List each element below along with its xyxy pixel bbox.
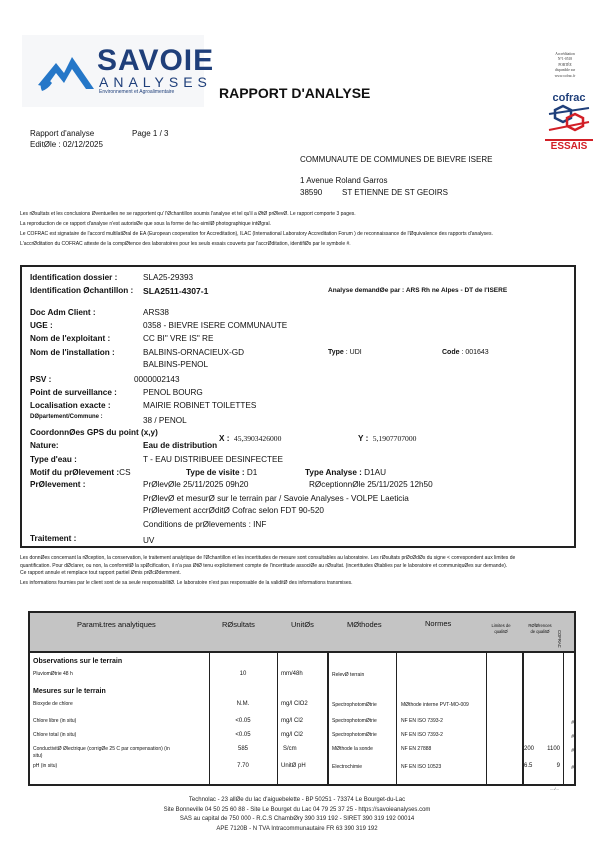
row-result: <0.05 bbox=[209, 732, 277, 738]
note-line: Ce rapport annule et remplace tout rappo… bbox=[20, 570, 520, 578]
row-param: PluviomØtrie 48 h bbox=[33, 671, 73, 677]
page-number: Page 1 / 3 bbox=[132, 128, 168, 139]
row-result: 585 bbox=[209, 746, 277, 752]
departement-value: 38 / PENOL bbox=[143, 416, 187, 425]
row-unit: mg/l Cl2 bbox=[281, 718, 303, 724]
traitement-value: UV bbox=[143, 536, 154, 545]
installation-value-2: BALBINS-PENOL bbox=[143, 360, 208, 369]
row-unit: S/cm bbox=[283, 746, 297, 752]
row-unit: mm/48h bbox=[281, 671, 303, 677]
column-divider bbox=[396, 653, 397, 785]
footer-line: APE 7120B - N TVA Intracommunautaire FR … bbox=[0, 825, 594, 835]
footer-line: Technolac - 23 allØe du lac d'aiguebelet… bbox=[0, 796, 594, 806]
row-method: SpectrophotomØtrie bbox=[332, 718, 377, 724]
row-cofrac: # bbox=[564, 748, 574, 754]
type-analyse: Type Analyse : D1AU bbox=[305, 468, 386, 477]
type-value: : UDI bbox=[346, 349, 362, 356]
edited-date: EditØle : 02/12/2025 bbox=[30, 139, 103, 150]
preleve-le: PrØlevØle 25/11/2025 09h20 bbox=[143, 480, 248, 489]
dossier-value: SLA25-29393 bbox=[143, 273, 193, 282]
gps-x-value: 45,3903426000 bbox=[234, 434, 281, 443]
code-field: Code : 001643 bbox=[442, 349, 489, 356]
row-method: MØthode la sonde bbox=[332, 746, 373, 752]
conditions-prelevement: Conditions de prØlevements : INF bbox=[143, 520, 266, 529]
header-refs: RØfØrences de qualitØ bbox=[526, 623, 554, 635]
gps-y-label: Y : bbox=[358, 434, 368, 443]
gps-y-value: 5,1907707000 bbox=[373, 434, 417, 443]
type-analyse-label: Type Analyse : bbox=[305, 468, 362, 477]
row-ref-max: 9 bbox=[540, 763, 560, 769]
recipient-street: 1 Avenue Roland Garros bbox=[300, 176, 387, 185]
point-label: Point de surveillance : bbox=[30, 388, 117, 397]
preleve-par: PrØlevØ et mesurØ sur le terrain par / S… bbox=[143, 494, 409, 503]
gps-x: X : 45,3903426000 bbox=[219, 428, 281, 446]
row-norm: NF EN 27888 bbox=[401, 746, 431, 752]
uge-label: UGE : bbox=[30, 321, 53, 330]
analyse-demandee: Analyse demandØe par : ARS Rh ne Alpes -… bbox=[328, 286, 523, 295]
recipient-city: ST ETIENNE DE ST GEOIRS bbox=[342, 188, 448, 197]
row-method: SpectrophotomØtrie bbox=[332, 702, 377, 708]
logo-tagline: Environnement et Agroalimentaire bbox=[99, 89, 174, 95]
visite: Type de visite : D1 bbox=[186, 468, 257, 477]
header-limits: Limites de qualitØ bbox=[489, 623, 513, 635]
cofrac-essais: ESSAIS bbox=[545, 139, 593, 152]
psv-label: PSV : bbox=[30, 375, 51, 384]
receptionne-le: RØceptionnØle 25/11/2025 12h50 bbox=[309, 480, 433, 489]
row-unit: UnitØ pH bbox=[281, 763, 306, 769]
row-param: Bioxyde de chlore bbox=[33, 701, 73, 707]
note-line: Les donnØes concernant la rØception, la … bbox=[20, 555, 520, 570]
motif: Motif du prØlevement :CS bbox=[30, 468, 131, 477]
disclaimer-line: Le COFRAC est signataire de l'accord mul… bbox=[20, 231, 500, 239]
mountain-drop-logo-icon bbox=[34, 43, 104, 103]
type-eau-label: Type d'eau : bbox=[30, 455, 77, 464]
logo-name: SAVOIE bbox=[97, 46, 214, 76]
dossier-label: Identification dossier : bbox=[30, 273, 117, 282]
row-result: 7.70 bbox=[209, 763, 277, 769]
prelevement-accredite: PrØlevement accrØditØ Cofrac selon FDT 9… bbox=[143, 506, 324, 515]
echantillon-value: SLA2511-4307-1 bbox=[143, 286, 208, 296]
demande-label: Analyse demandØe par : bbox=[328, 287, 404, 294]
row-param: pH (in situ) bbox=[33, 763, 57, 769]
footer: Technolac - 23 allØe du lac d'aiguebelet… bbox=[0, 796, 594, 834]
traitement-label: Traitement : bbox=[30, 534, 76, 543]
type-label: Type bbox=[328, 349, 344, 356]
type-eau-value: T - EAU DISTRIBUEE DESINFECTEE bbox=[143, 455, 283, 464]
installation-value-1: BALBINS-ORNACIEUX-GD bbox=[143, 348, 244, 357]
recipient-name: COMMUNAUTE DE COMMUNES DE BIEVRE ISERE bbox=[300, 155, 492, 164]
visite-label: Type de visite : bbox=[186, 468, 245, 477]
row-param: ConductivitØ Ølectrique (corrigØe 25 C p… bbox=[33, 746, 173, 759]
localisation-label: Localisation exacte : bbox=[30, 401, 111, 410]
disclaimers: Les rØsultats et les conclusions Øventue… bbox=[20, 211, 580, 249]
section-title: Observations sur le terrain bbox=[33, 658, 122, 665]
prelevement-label: PrØlevement : bbox=[30, 480, 86, 489]
motif-label: Motif du prØlevement : bbox=[30, 468, 119, 477]
psv-value: 0000002143 bbox=[134, 375, 180, 384]
header-param: ParamŁtres analytiques bbox=[77, 620, 156, 629]
localisation-value: MAIRIE ROBINET TOILETTES bbox=[143, 401, 256, 410]
installation-label: Nom de l'installation : bbox=[30, 348, 115, 357]
row-param: Chlore total (in situ) bbox=[33, 732, 76, 738]
row-cofrac: # bbox=[564, 734, 574, 740]
row-result: <0.05 bbox=[209, 718, 277, 724]
row-cofrac: # bbox=[564, 720, 574, 726]
gps-label: CoordonnØes GPS du point (x,y) bbox=[30, 428, 158, 437]
disclaimer-line: La reproduction de ce rapport d'analyse … bbox=[20, 221, 580, 229]
note-line: Les informations fournies par le client … bbox=[20, 580, 520, 588]
motif-value: CS bbox=[119, 468, 130, 477]
row-param: Chlore libre (in situ) bbox=[33, 718, 76, 724]
row-cofrac: # bbox=[564, 765, 574, 771]
header-result: RØsultats bbox=[222, 620, 255, 629]
row-ref-min: 6.5 bbox=[524, 763, 532, 769]
row-ref-min: 200 bbox=[524, 746, 534, 752]
logo-sub: ANALYSES bbox=[99, 75, 212, 89]
uge-value: 0358 - BIEVRE ISERE COMMUNAUTE bbox=[143, 321, 287, 330]
accreditation-line: www.cofrac.fr bbox=[537, 74, 593, 79]
row-norm: MØthode interne PVT-MO-009 bbox=[401, 702, 471, 709]
nature-label: Nature: bbox=[30, 441, 59, 450]
cofrac-label: cofrac bbox=[545, 92, 593, 104]
header-method: MØthodes bbox=[347, 620, 382, 629]
type-analyse-value: D1AU bbox=[364, 468, 386, 477]
exploitant-value: CC BI" VRE IS" RE bbox=[143, 334, 213, 343]
disclaimer-line: L'accrØditation du COFRAC atteste de la … bbox=[20, 241, 500, 249]
type-field: Type : UDI bbox=[328, 349, 362, 356]
page-title: RAPPORT D'ANALYSE bbox=[219, 85, 370, 101]
row-method: Electrochimie bbox=[332, 764, 362, 770]
gps-x-label: X : bbox=[219, 434, 229, 443]
echantillon-label: Identification Øchantillon : bbox=[30, 286, 133, 295]
code-label: Code bbox=[442, 349, 460, 356]
code-value: : 001643 bbox=[461, 349, 488, 356]
cofrac-logo: cofrac ESSAIS bbox=[545, 92, 593, 152]
row-result: 10 bbox=[209, 671, 277, 677]
column-divider bbox=[327, 653, 329, 785]
notes: Les donnØes concernant la rØception, la … bbox=[20, 555, 520, 588]
header-unit: UnitØs bbox=[291, 620, 314, 629]
doc-value: ARS38 bbox=[143, 308, 169, 317]
header-norm: Normes bbox=[425, 619, 451, 628]
point-value: PENOL BOURG bbox=[143, 388, 203, 397]
row-norm: NF EN ISO 10523 bbox=[401, 764, 441, 770]
accreditation-info: Accréditation N°1-0518 PORTÉE disponible… bbox=[537, 52, 593, 79]
row-ref-max: 1100 bbox=[540, 746, 560, 752]
disclaimer-line: Les rØsultats et les conclusions Øventue… bbox=[20, 211, 580, 219]
doc-label: Doc Adm Client : bbox=[30, 308, 96, 317]
recipient-postcode: 38590 bbox=[300, 188, 322, 197]
continued-mark: ..../... bbox=[550, 786, 559, 791]
exploitant-label: Nom de l'exploitant : bbox=[30, 334, 110, 343]
row-result: N.M. bbox=[209, 701, 277, 707]
demande-value: ARS Rh ne Alpes - DT de l'ISERE bbox=[406, 287, 507, 294]
cofrac-molecule-icon bbox=[545, 104, 593, 134]
footer-line: Site Bonneville 04 50 25 60 88 - Site Le… bbox=[0, 806, 594, 816]
report-label: Rapport d'analyse bbox=[30, 128, 94, 139]
header-cofrac: COFRAC bbox=[557, 630, 562, 648]
row-method: RelevØ terrain bbox=[332, 672, 364, 678]
visite-value: D1 bbox=[247, 468, 257, 477]
column-divider bbox=[277, 653, 278, 785]
gps-y: Y : 5,1907707000 bbox=[358, 428, 416, 446]
footer-line: SAS au capital de 750 000 - R.C.S ChambØ… bbox=[0, 815, 594, 825]
nature-value: Eau de distribution bbox=[143, 441, 217, 450]
section-title: Mesures sur le terrain bbox=[33, 688, 106, 695]
row-norm: NF EN ISO 7393-2 bbox=[401, 732, 443, 738]
column-divider bbox=[486, 653, 487, 785]
row-unit: mg/l Cl2 bbox=[281, 732, 303, 738]
row-norm: NF EN ISO 7393-2 bbox=[401, 718, 443, 724]
row-unit: mg/l ClO2 bbox=[281, 701, 308, 707]
row-method: SpectrophotomØtrie bbox=[332, 732, 377, 738]
departement-label: DØpartement/Commune : bbox=[30, 414, 103, 420]
